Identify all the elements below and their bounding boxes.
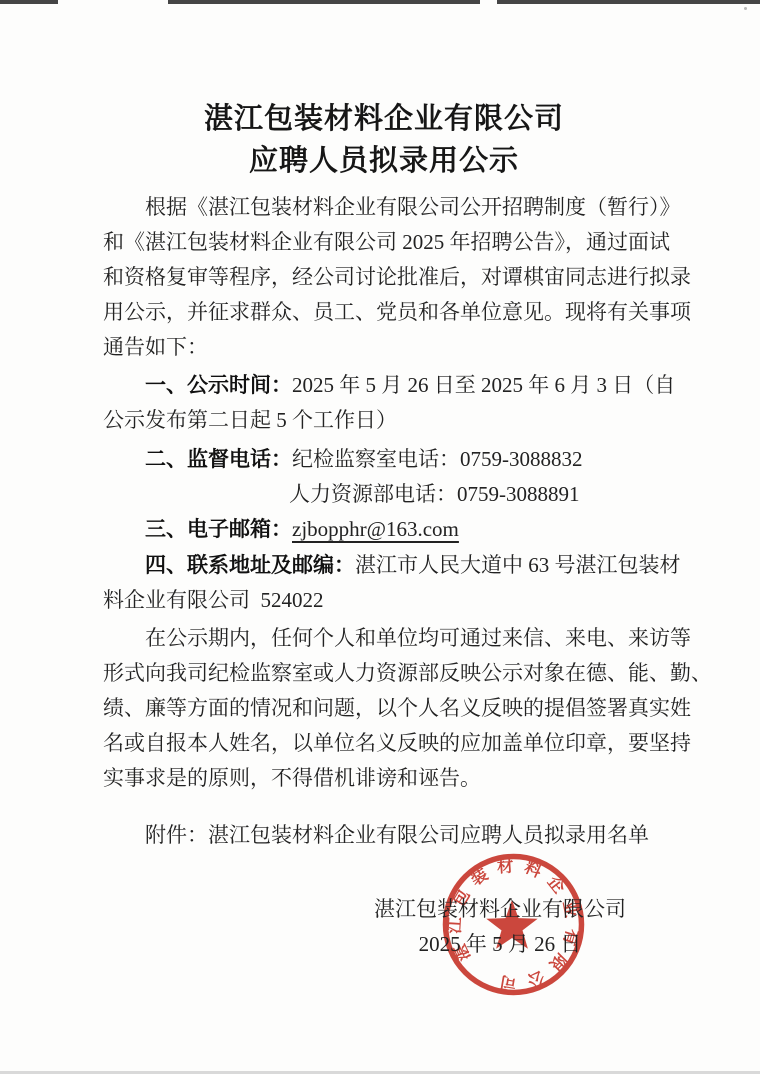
item2-line1: 二、监督电话：纪检监察室电话：0759-3088832 [103, 442, 683, 477]
item3-line: 三、电子邮箱：zjbopphr@163.com [103, 512, 683, 547]
item2-phone1: 纪检监察室电话：0759-3088832 [292, 447, 583, 471]
email-address: zjbopphr@163.com [292, 517, 459, 541]
scan-artifact [744, 7, 747, 10]
item-supervision-phones: 二、监督电话：纪检监察室电话：0759-3088832 人力资源部电话：0759… [103, 442, 683, 512]
intro-paragraph: 根据《湛江包装材料企业有限公司公开招聘制度（暂行）》 和《湛江包装材料企业有限公… [103, 190, 683, 365]
closing-line: 绩、廉等方面的情况和问题，以个人名义反映的提倡签署真实姓 [103, 691, 683, 726]
item-address: 四、联系地址及邮编：湛江市人民大道中 63 号湛江包装材 料企业有限公司 524… [103, 548, 683, 618]
document-title-line1: 湛江包装材料企业有限公司 [103, 96, 665, 137]
scan-artifact [168, 0, 480, 4]
item4-text: 湛江市人民大道中 63 号湛江包装材 [355, 553, 681, 577]
scan-artifact [497, 0, 760, 4]
item1-label: 一、公示时间： [145, 374, 292, 397]
signature-date: 2025 年 5 月 26 日 [340, 927, 660, 962]
closing-line: 在公示期内，任何个人和单位均可通过来信、来电、来访等 [103, 621, 683, 656]
closing-line: 实事求是的原则，不得借机诽谤和诬告。 [103, 761, 683, 796]
closing-line: 形式向我司纪检监察室或人力资源部反映公示对象在德、能、勤、 [103, 656, 683, 691]
attachment-note: 附件：湛江包装材料企业有限公司应聘人员拟录用名单 [103, 818, 683, 853]
closing-paragraph: 在公示期内，任何个人和单位均可通过来信、来电、来访等 形式向我司纪检监察室或人力… [103, 621, 683, 796]
intro-line: 和《湛江包装材料企业有限公司 2025 年招聘公告》，通过面试 [103, 225, 683, 260]
intro-line: 根据《湛江包装材料企业有限公司公开招聘制度（暂行）》 [103, 190, 683, 225]
item1-line1: 一、公示时间：2025 年 5 月 26 日至 2025 年 6 月 3 日（自 [103, 368, 683, 403]
item1-line2: 公示发布第二日起 5 个工作日） [103, 403, 683, 438]
item4-line1: 四、联系地址及邮编：湛江市人民大道中 63 号湛江包装材 [103, 548, 683, 583]
item4-label: 四、联系地址及邮编： [145, 554, 355, 577]
item-publicity-period: 一、公示时间：2025 年 5 月 26 日至 2025 年 6 月 3 日（自… [103, 368, 683, 438]
item4-line2: 料企业有限公司 524022 [103, 583, 683, 618]
intro-line: 通告如下： [103, 330, 683, 365]
item2-phone2: 人力资源部电话：0759-3088891 [103, 477, 683, 512]
scanned-document-page: 湛江包装材料企业有限公司 应聘人员拟录用公示 根据《湛江包装材料企业有限公司公开… [0, 0, 760, 1074]
scan-artifact [0, 0, 58, 4]
signature-company: 湛江包装材料企业有限公司 [340, 892, 660, 927]
item3-label: 三、电子邮箱： [145, 518, 292, 541]
attachment-line: 附件：湛江包装材料企业有限公司应聘人员拟录用名单 [103, 818, 683, 853]
intro-line: 用公示，并征求群众、员工、党员和各单位意见。现将有关事项 [103, 295, 683, 330]
document-title-line2: 应聘人员拟录用公示 [103, 138, 665, 179]
item1-text: 2025 年 5 月 26 日至 2025 年 6 月 3 日（自 [292, 373, 675, 397]
item2-label: 二、监督电话： [145, 448, 292, 471]
closing-line: 名或自报本人姓名，以单位名义反映的应加盖单位印章，要坚持 [103, 726, 683, 761]
item-email: 三、电子邮箱：zjbopphr@163.com [103, 512, 683, 547]
intro-line: 和资格复审等程序，经公司讨论批准后，对谭棋宙同志进行拟录 [103, 260, 683, 295]
